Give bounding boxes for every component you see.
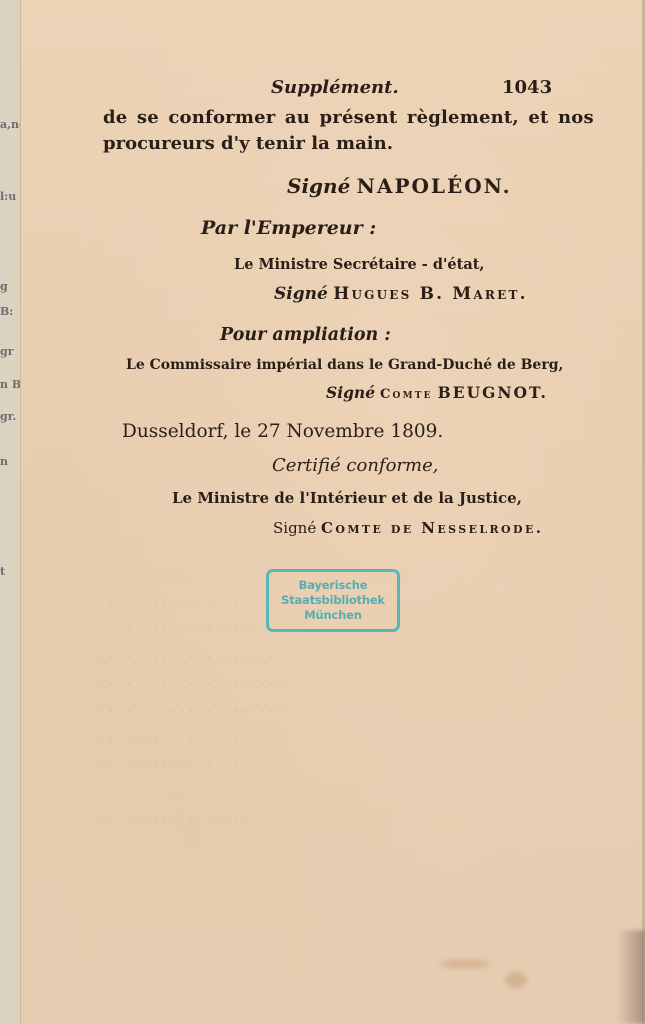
body-text-line: procureurs d'y tenir la main. — [103, 133, 393, 154]
signature-prefix: Signé — [273, 519, 316, 537]
adjacent-page-fragment: n B — [0, 378, 20, 391]
adjacent-page-fragment: gr. — [0, 410, 20, 423]
paper-stain-edge — [617, 930, 645, 1024]
commissaire-title: Le Commissaire impérial dans le Grand-Du… — [126, 357, 563, 373]
signatory-name: Comte de Nesselrode. — [321, 519, 543, 537]
signature-prefix: Signé — [274, 284, 328, 304]
page-number: 1043 — [502, 77, 552, 98]
adjacent-page-fragment: l:u — [0, 190, 20, 203]
certifie-conforme: Certifié conforme, — [272, 455, 438, 476]
signature-beugnot: Signé Comte BEUGNOT. — [326, 383, 548, 402]
paper-stain — [440, 960, 490, 968]
signature-nesselrode: Signé Comte de Nesselrode. — [273, 519, 543, 537]
adjacent-page-fragment: a,ne — [0, 118, 20, 131]
dateline: Dusseldorf, le 27 Novembre 1809. — [122, 421, 443, 442]
signatory-title: Comte — [380, 387, 433, 402]
pour-ampliation-heading: Pour ampliation : — [220, 325, 391, 345]
stamp-line: München — [269, 608, 397, 623]
paper-stain — [505, 972, 527, 988]
signatory-name: NAPOLÉON. — [357, 174, 512, 198]
running-head: Supplément. — [271, 77, 399, 98]
adjacent-page-edge: a,ne l:u g B: gr n B gr. n t — [0, 0, 21, 1024]
signature-napoleon: Signé NAPOLÉON. — [287, 174, 512, 198]
signatory-name: BEUGNOT. — [438, 383, 548, 402]
signature-prefix: Signé — [326, 383, 375, 402]
stamp-line: Staatsbibliothek — [269, 593, 397, 608]
library-stamp: Bayerische Staatsbibliothek München — [266, 569, 400, 632]
adjacent-page-fragment: t — [0, 565, 20, 578]
adjacent-page-fragment: B: — [0, 305, 20, 318]
signatory-name: Hugues B. Maret. — [333, 284, 527, 304]
adjacent-page-fragment: gr — [0, 345, 20, 358]
signature-maret: Signé Hugues B. Maret. — [274, 284, 528, 304]
ministre-secretaire-title: Le Ministre Secrétaire - d'état, — [234, 256, 484, 273]
body-text-line: de se conformer au présent règlement, et… — [103, 107, 594, 128]
adjacent-page-fragment: n — [0, 455, 20, 468]
stamp-line: Bayerische — [269, 578, 397, 593]
ministre-interieur-title: Le Ministre de l'Intérieur et de la Just… — [172, 489, 522, 507]
par-empereur-heading: Par l'Empereur : — [201, 217, 376, 239]
signature-prefix: Signé — [287, 174, 350, 198]
adjacent-page-fragment: g — [0, 280, 20, 293]
